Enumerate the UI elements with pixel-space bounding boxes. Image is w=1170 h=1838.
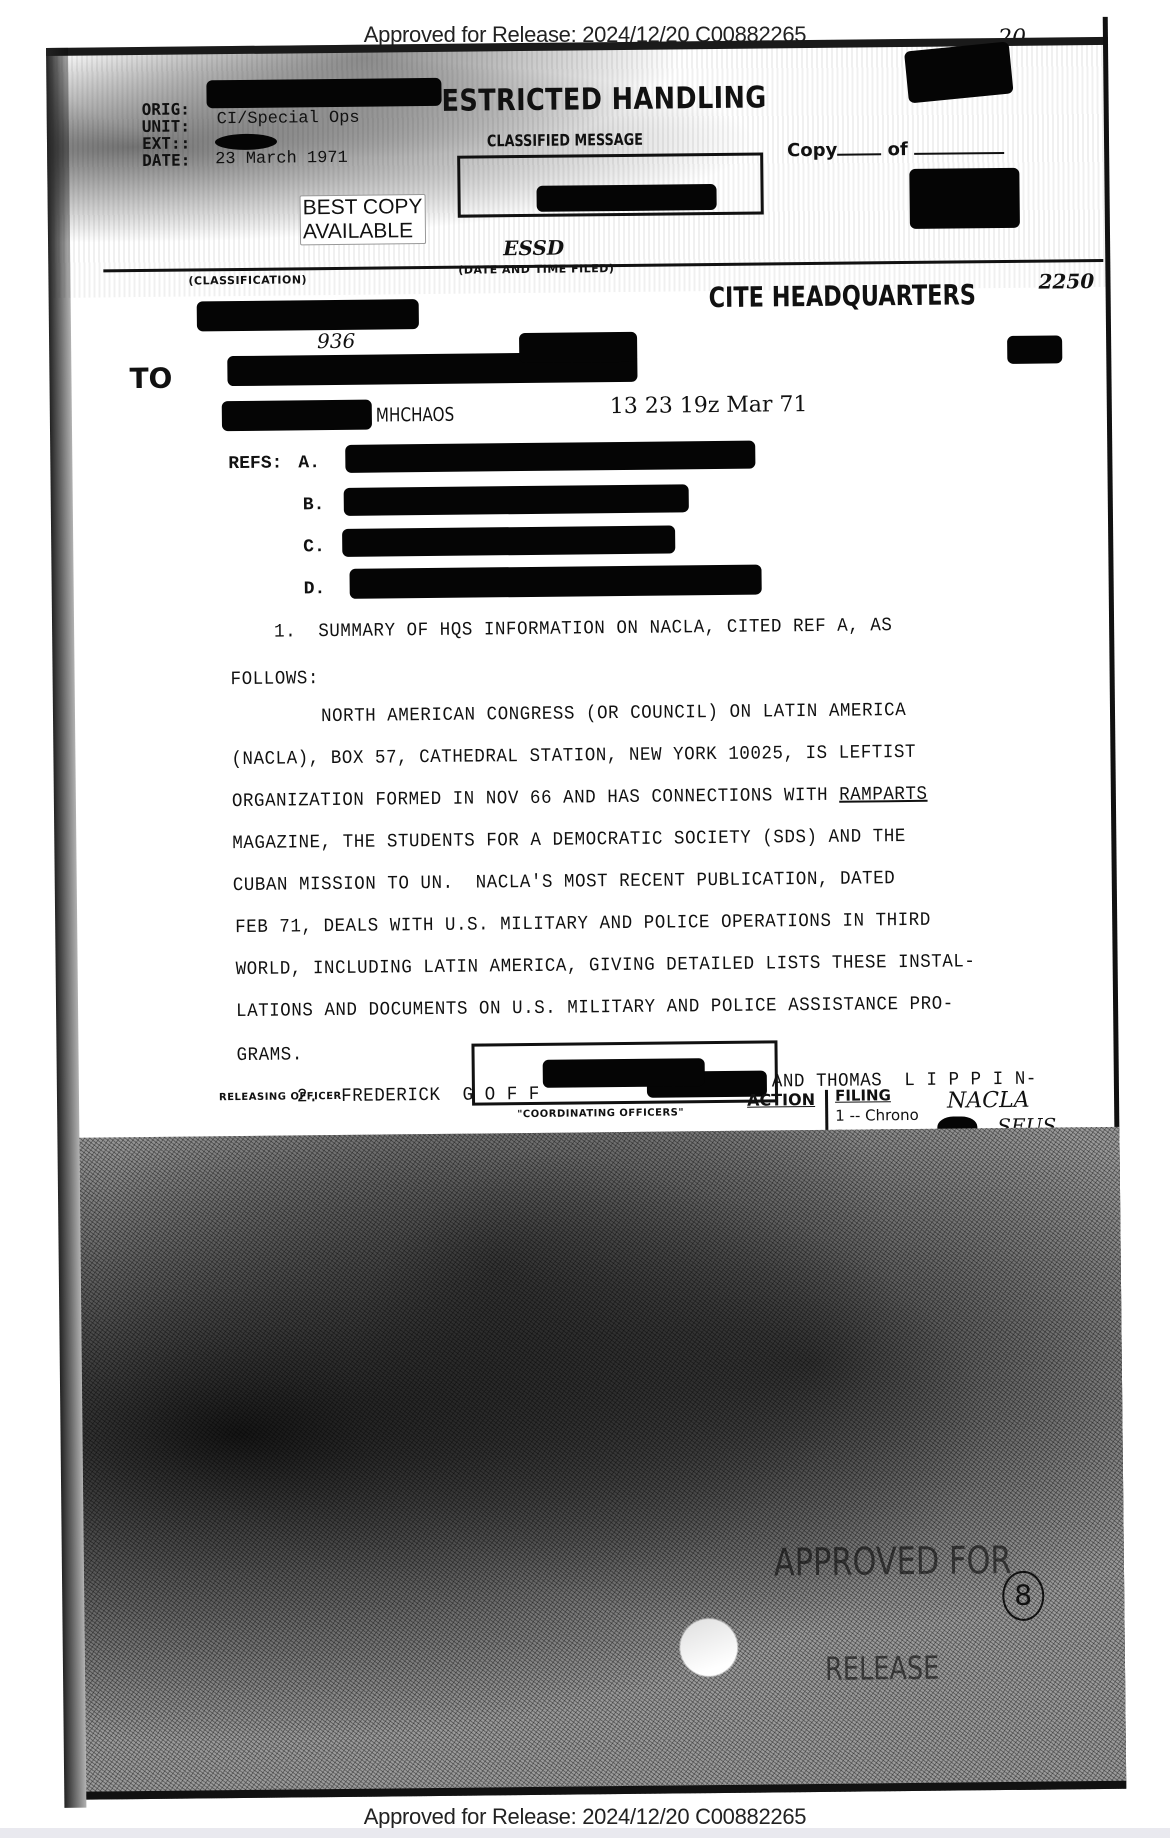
viewer-bottom-strip [0,1828,1170,1838]
release-banner-bottom: Approved for Release: 2024/12/20 C008822… [0,1804,1170,1830]
unit-value: CI/Special Ops [217,109,360,129]
redaction-to-line-tab [519,332,637,363]
scan-noise-region: APPROVED FOR RELEASE [79,1127,1126,1800]
redaction-right-margin [1007,335,1062,364]
body-line-3: NORTH AMERICAN CONGRESS (OR COUNCIL) ON … [321,699,906,727]
body-line-2: FOLLOWS: [231,667,320,690]
redaction-releasing [543,1058,705,1088]
ref-c-label: C. [303,537,325,557]
body-line-9: WORLD, INCLUDING LATIN AMERICA, GIVING D… [236,950,976,980]
ref-b-label: B. [303,495,325,515]
redaction-ref-b [344,484,689,516]
ref-a-label: A. [298,453,320,473]
ref-d-label: D. [304,579,326,599]
body-line-5-text: ORGANIZATION FORMED IN NOV 66 AND HAS CO… [232,784,839,812]
body-line-10: LATIONS AND DOCUMENTS ON U.S. MILITARY A… [236,993,954,1023]
header-labels: ORIG: UNIT: EXT:: DATE: [142,100,191,169]
date-value: 23 March 1971 [215,149,348,169]
filing-item-1: 1 -- Chrono [835,1105,945,1126]
copy-of-field: Copy of [787,138,1004,161]
handwritten-number: 936 [317,329,355,353]
body-line-1: 1. SUMMARY OF HQS INFORMATION ON NACLA, … [274,614,893,642]
ext-label: EXT:: [142,134,190,152]
message-type: CLASSIFIED MESSAGE [487,130,643,151]
body-line-7: CUBAN MISSION TO UN. NACLA'S MOST RECENT… [233,867,896,896]
cite-headquarters: CITE HEADQUARTERS [708,278,976,314]
document-sheet: ORIG: UNIT: EXT:: DATE: CI/Special Ops 2… [46,37,1126,1800]
circled-number: 8 [1002,1571,1045,1621]
body-line-11: GRAMS. [236,1043,302,1066]
redaction-copy [909,168,1020,229]
coordinating-officers-label: "COORDINATING OFFICERS" [517,1107,684,1120]
refs-label: REFS: [228,454,282,475]
date-filed-label: (DATE AND TIME FILED) [458,262,614,277]
approved-stamp: APPROVED FOR [774,1538,1012,1584]
release-stamp: RELEASE [825,1649,940,1688]
of-label: of [887,139,907,160]
sheet-left-edge [46,48,86,1808]
redaction-classification [536,184,716,212]
orig-label: ORIG: [142,100,190,118]
copy-blank [837,139,881,155]
body-line-4: (NACLA), BOX 57, CATHEDRAL STATION, NEW … [231,741,916,770]
releasing-officer-label: RELEASING OFFICER [219,1091,342,1103]
redaction-ref-c [342,525,675,556]
classification-label: (CLASSIFICATION) [188,273,307,287]
best-copy-line-2: AVAILABLE [303,219,423,244]
filing-title: FILING [835,1085,945,1106]
releasing-officer-box [471,1040,778,1105]
body-line-6: MAGAZINE, THE STUDENTS FOR A DEMOCRATIC … [232,825,906,854]
best-copy-line-1: BEST COPY [303,195,423,220]
date-label: DATE: [142,151,190,169]
copy-label: Copy [787,140,837,162]
cite-number: 2250 [1038,269,1094,294]
redaction-slug [222,400,372,432]
handling-title: ESTRICTED HANDLING [441,80,766,118]
to-label: TO [129,362,172,395]
handwritten-nacla: NACLA [947,1088,1030,1114]
body-line-8: FEB 71, DEALS WITH U.S. MILITARY AND POL… [235,909,931,938]
redaction-orig [206,78,441,108]
redaction-ref-a [345,441,755,473]
redaction-top-right [904,41,1014,103]
redaction-ref-d [349,565,761,599]
classified-box [457,152,764,217]
unit-label: UNIT: [142,117,190,135]
ramparts-underlined: RAMPARTS [839,783,928,806]
mhchaos-slug: MHCHAOS [376,404,455,427]
redaction-classification-value [197,299,419,331]
of-blank [914,138,1004,155]
best-copy-stamp: BEST COPY AVAILABLE [300,194,426,245]
essd-handwritten: ESSD [503,236,564,261]
body-line-5: ORGANIZATION FORMED IN NOV 66 AND HAS CO… [232,783,928,812]
timestamp: 13 23 19z Mar 71 [610,392,808,419]
